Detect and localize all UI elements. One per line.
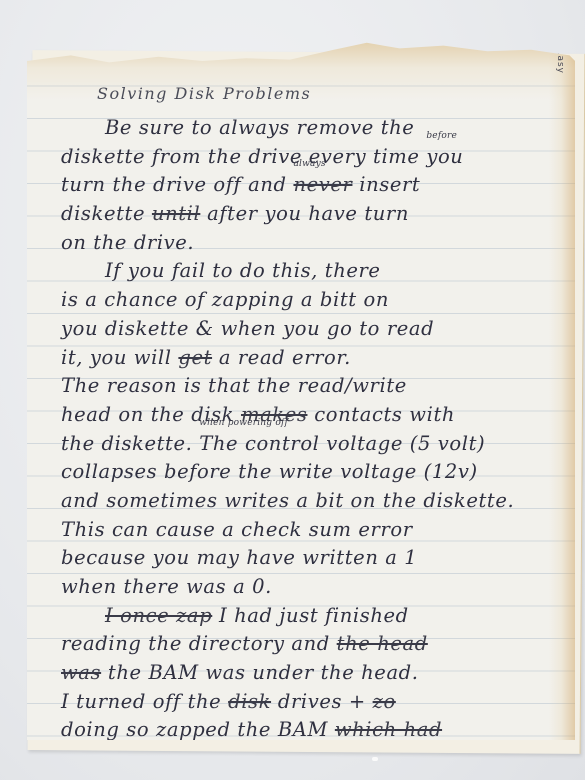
inserted-word: beforeyou — [426, 143, 463, 172]
struck-text: get — [178, 346, 212, 369]
text-line: collapses before the write voltage (12v) — [61, 458, 581, 487]
text-line: was the BAM was under the head. — [61, 659, 581, 688]
text-segment: turn the drive off and — [61, 173, 293, 196]
text-segment: drives + — [271, 690, 373, 713]
text-line: diskette until after you have turn — [61, 200, 581, 229]
text-line: I once zap I had just finished — [61, 602, 581, 631]
insertion-note: before — [426, 131, 457, 141]
text-line: on the drive. — [61, 229, 581, 258]
text-segment: the BAM was under the head. — [101, 661, 418, 684]
text-line: head on the disk makes contacts with — [61, 401, 581, 430]
page-title: Solving Disk Problems — [97, 74, 581, 114]
text-segment: doing so zapped the BAM — [61, 718, 335, 741]
struck-text: until — [152, 202, 200, 225]
text-line: because you may have written a 1 — [61, 544, 581, 573]
text-segment: diskette — [61, 202, 152, 225]
text-line: If you fail to do this, there — [61, 257, 581, 286]
insertion-note: when powering off — [199, 418, 288, 428]
text-segment: insert — [352, 173, 420, 196]
text-segment: diskette from the drive every time — [61, 145, 426, 168]
text-line: it, you will get a read error. — [61, 344, 581, 373]
struck-text: never — [293, 173, 352, 196]
text-segment: The — [199, 432, 238, 455]
struck-text: I once zap — [105, 604, 212, 627]
text-line: you diskette & when you go to read — [61, 315, 581, 344]
struck-text: which had — [335, 718, 442, 741]
paragraph-2: If you fail to do this, there is a chanc… — [61, 257, 581, 601]
text-line: reading the directory and the head — [61, 630, 581, 659]
paragraph-1: Be sure to always remove the diskette fr… — [61, 114, 581, 257]
text-line: turn the drive off and alwaysnever inser… — [61, 171, 581, 200]
text-segment: I turned off the — [61, 690, 228, 713]
insertion-note: always — [293, 159, 325, 169]
struck-text: was — [61, 661, 101, 684]
text-line: The reason is that the read/write — [61, 372, 581, 401]
text-segment: I had just finished — [212, 604, 408, 627]
text-segment: after you have turn — [200, 202, 409, 225]
struck-text: zo — [373, 690, 396, 713]
text-segment: control voltage (5 volt) — [238, 432, 485, 455]
text-line: This can cause a check sum error — [61, 516, 581, 545]
text-segment: you — [426, 145, 463, 168]
inserted-word: when powering offThe — [199, 430, 238, 459]
text-segment: a read error. — [212, 346, 351, 369]
text-line: is a chance of zapping a bitt on — [61, 286, 581, 315]
inserted-word: alwaysnever — [293, 171, 352, 200]
struck-text: disk — [228, 690, 271, 713]
text-segment: it, you will — [61, 346, 178, 369]
text-line: I turned off the disk drives + zo — [61, 688, 581, 717]
text-line: and sometimes writes a bit on the disket… — [61, 487, 581, 516]
text-segment: the diskette. — [61, 432, 199, 455]
text-line: when there was a 0. — [61, 573, 581, 602]
text-segment: contacts with — [307, 403, 455, 426]
page-content: Solving Disk Problems Be sure to always … — [61, 74, 581, 774]
notebook-page: Easy Solving Disk Problems Be sure to al… — [27, 40, 575, 740]
text-line: the diskette. when powering offThe contr… — [61, 430, 581, 459]
wall-speck — [372, 757, 378, 761]
text-line: Be sure to always remove the — [61, 114, 581, 143]
struck-text: the head — [337, 632, 428, 655]
text-segment: reading the directory and — [61, 632, 337, 655]
